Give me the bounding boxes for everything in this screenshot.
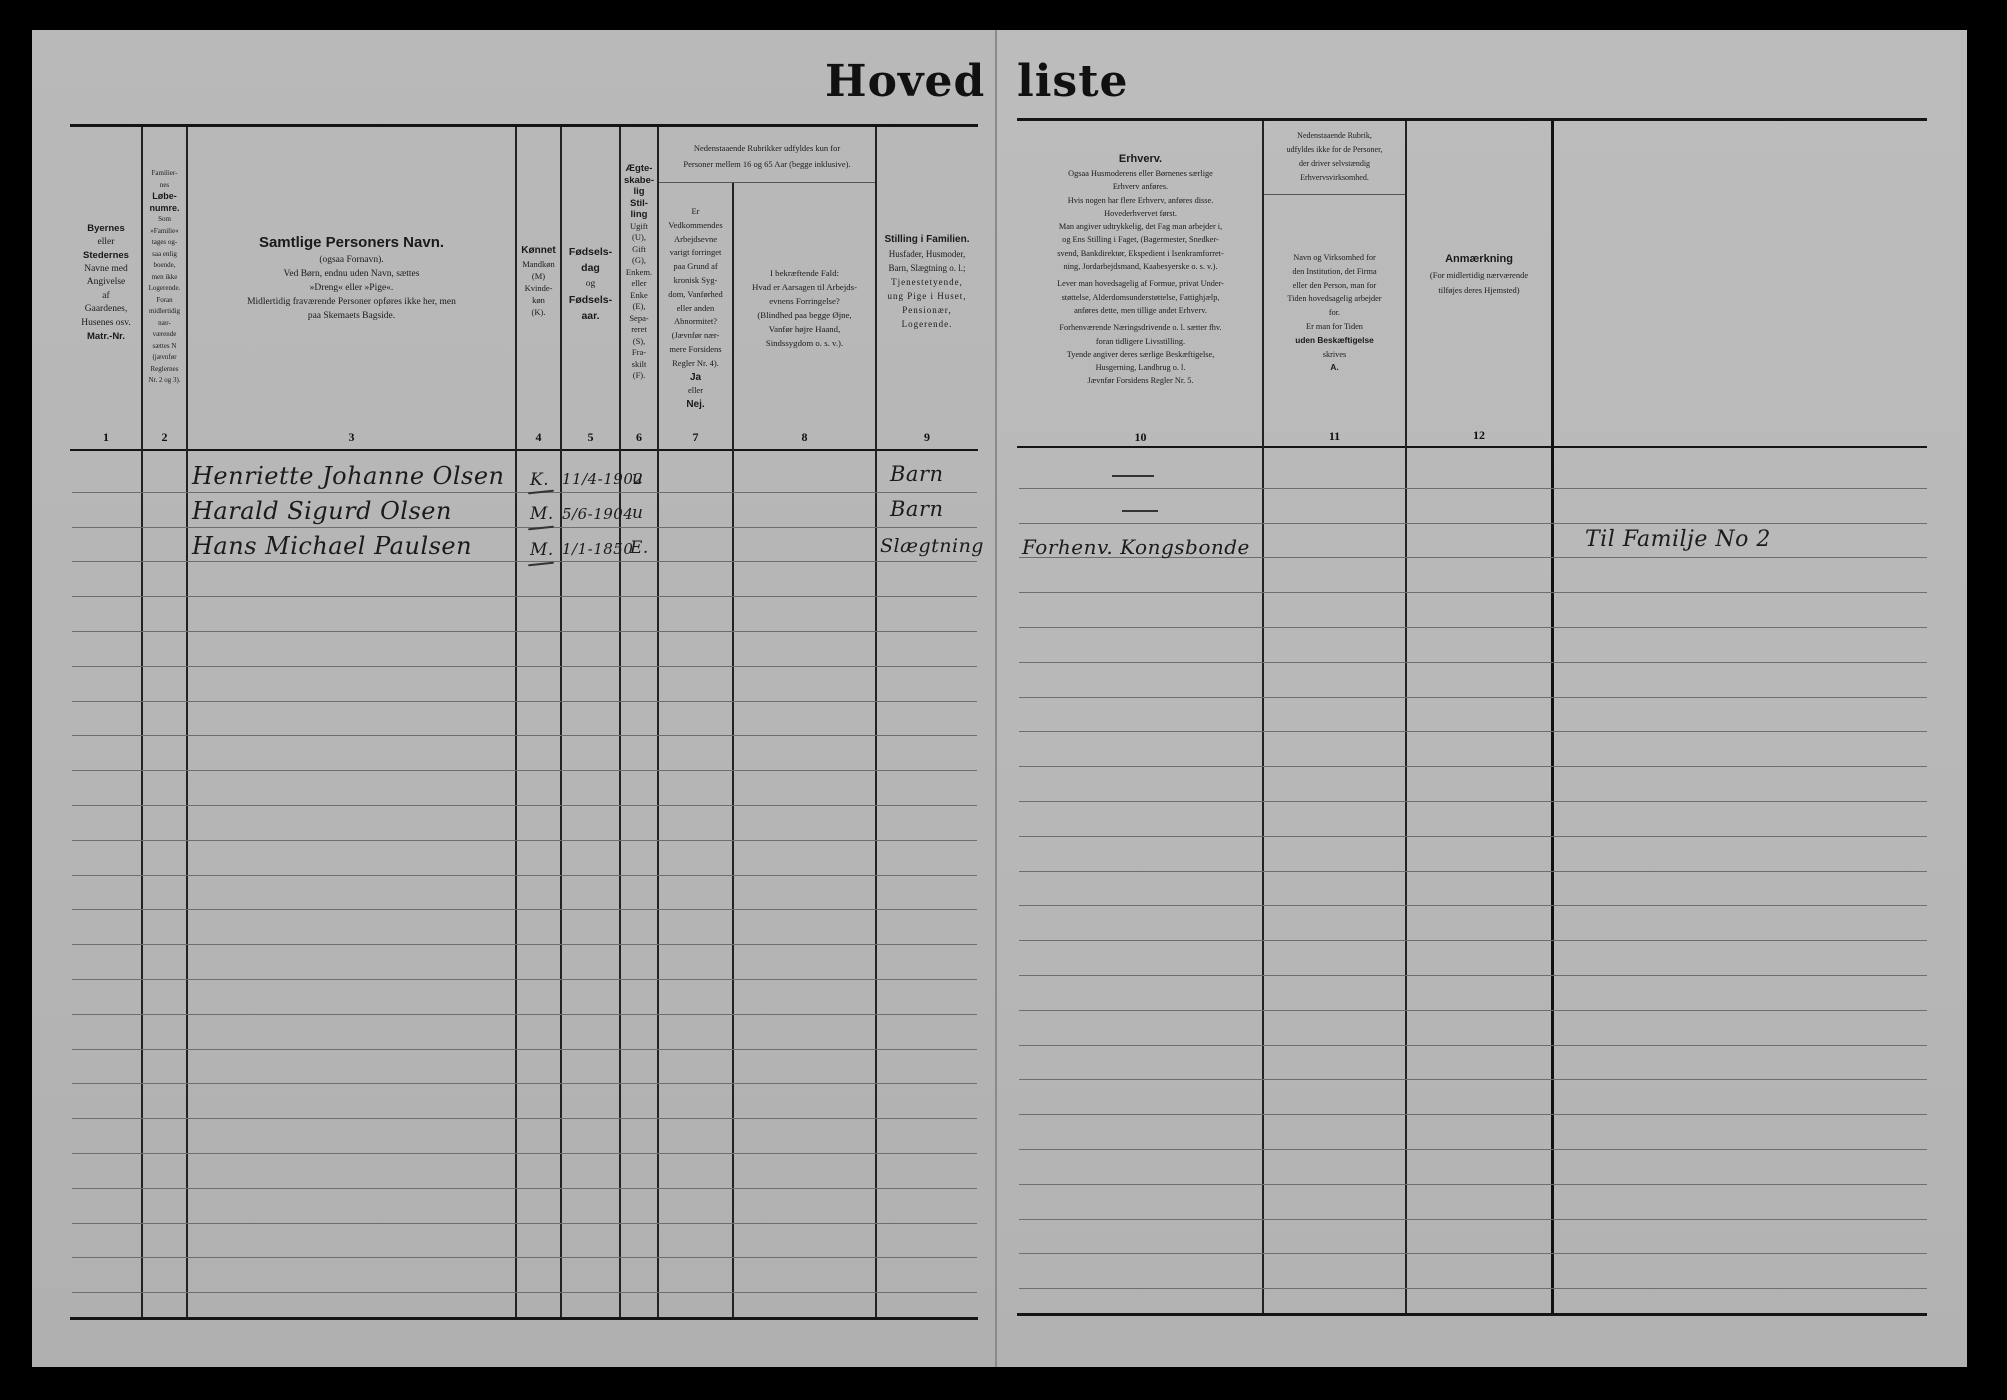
col5-number: 5 bbox=[562, 430, 619, 445]
row-rule bbox=[72, 979, 977, 980]
col-divider-11-12 bbox=[1405, 121, 1407, 1313]
col-divider-7-8 bbox=[732, 183, 734, 1317]
col8-header: I bekræftende Fald: Hvad er Aarsagen til… bbox=[734, 266, 875, 350]
col11-top-rule bbox=[1264, 194, 1405, 195]
col9-header: Stilling i Familien. Husfader, Husmoder,… bbox=[877, 232, 977, 331]
header-bottom-rule-right bbox=[1017, 446, 1927, 448]
row-rule bbox=[1019, 975, 1927, 976]
row2-family-position: Barn bbox=[890, 497, 944, 521]
col3-header: Samtlige Personers Navn. (ogsaa Fornavn)… bbox=[188, 233, 515, 323]
row-rule bbox=[72, 909, 977, 910]
row1-family-position: Barn bbox=[890, 462, 944, 486]
row-rule bbox=[1019, 940, 1927, 941]
col12-number: 12 bbox=[1407, 428, 1551, 443]
row-rule bbox=[1019, 1253, 1927, 1254]
row-rule bbox=[1019, 697, 1927, 698]
row-rule bbox=[72, 1188, 977, 1189]
col7-number: 7 bbox=[659, 430, 732, 445]
col12-header: Anmærkning (For midlertidig nærværende t… bbox=[1407, 250, 1551, 298]
row-rule bbox=[72, 840, 977, 841]
row1-name: Henriette Johanne Olsen bbox=[192, 462, 504, 490]
row-rule bbox=[72, 492, 977, 493]
col-divider-12-extra bbox=[1551, 121, 1554, 1313]
header-top-rule-left bbox=[70, 124, 978, 127]
col3-number: 3 bbox=[188, 430, 515, 445]
row-rule bbox=[1019, 662, 1927, 663]
row-rule bbox=[1019, 1045, 1927, 1046]
row-rule bbox=[72, 1257, 977, 1258]
row3-family-position: Slægtning bbox=[880, 535, 984, 557]
col4-header: Kønnet Mandkøn (M) Kvinde- køn (K). bbox=[517, 243, 560, 318]
row-rule bbox=[1019, 731, 1927, 732]
col1-number: 1 bbox=[72, 430, 140, 445]
col8-number: 8 bbox=[734, 430, 875, 445]
span-header-7-8-rule bbox=[659, 182, 875, 183]
col11-top-header: Nedenstaaende Rubrik, udfyldes ikke for … bbox=[1264, 129, 1405, 185]
row-rule bbox=[72, 1049, 977, 1050]
row-rule bbox=[72, 944, 977, 945]
col9-number: 9 bbox=[877, 430, 977, 445]
col6-number: 6 bbox=[621, 430, 657, 445]
row-rule bbox=[1019, 766, 1927, 767]
row-rule bbox=[72, 805, 977, 806]
row-rule bbox=[1019, 1114, 1927, 1115]
page-fold bbox=[995, 30, 997, 1367]
col7-header: Er Vedkommendes Arbejdsevne varigt forri… bbox=[659, 205, 732, 412]
row-rule bbox=[72, 631, 977, 632]
row2-name: Harald Sigurd Olsen bbox=[192, 497, 452, 525]
col4-number: 4 bbox=[517, 430, 560, 445]
row-rule bbox=[1019, 523, 1927, 524]
row-rule bbox=[72, 701, 977, 702]
col7-8-span-header: Nedenstaaende Rubrikker udfyldes kun for… bbox=[659, 140, 875, 172]
row-rule bbox=[1019, 905, 1927, 906]
row-rule bbox=[72, 527, 977, 528]
row-rule bbox=[72, 1292, 977, 1293]
row3-birth: 1/1-1850 bbox=[562, 540, 633, 558]
row2-occupation-dash bbox=[1122, 510, 1158, 512]
row-rule bbox=[1019, 1079, 1927, 1080]
col10-number: 10 bbox=[1019, 430, 1262, 445]
row-rule bbox=[72, 1014, 977, 1015]
col11-header: Navn og Virksomhed for den Institution, … bbox=[1264, 251, 1405, 375]
col6-header: Ægte- skabe- lig Stil- ling Ugift (U), G… bbox=[621, 163, 657, 382]
row3-name: Hans Michael Paulsen bbox=[192, 532, 472, 560]
row-rule bbox=[1019, 801, 1927, 802]
row-rule bbox=[72, 666, 977, 667]
bottom-rule-left bbox=[70, 1317, 978, 1320]
col10-header: Erhverv. Ogsaa Husmoderens eller Børnene… bbox=[1019, 152, 1262, 388]
row1-marital: u bbox=[632, 468, 643, 488]
row-rule bbox=[1019, 488, 1927, 489]
col5-header: Fødsels- dag og Fødsels- aar. bbox=[562, 244, 619, 324]
row3-occupation: Forhenv. Kongsbonde bbox=[1022, 535, 1250, 559]
row-rule bbox=[72, 1223, 977, 1224]
col1-header: Byernes eller Stedernes Navne med Angive… bbox=[72, 222, 140, 344]
row-rule bbox=[72, 596, 977, 597]
row-rule bbox=[1019, 592, 1927, 593]
row-rule bbox=[72, 875, 977, 876]
row-rule bbox=[1019, 1219, 1927, 1220]
row-rule bbox=[1019, 871, 1927, 872]
col2-number: 2 bbox=[143, 430, 186, 445]
row-rule bbox=[72, 561, 977, 562]
col11-number: 11 bbox=[1264, 429, 1405, 444]
row-rule bbox=[1019, 1184, 1927, 1185]
row-rule bbox=[1019, 1010, 1927, 1011]
row2-marital: u bbox=[632, 503, 643, 523]
row-rule bbox=[1019, 1149, 1927, 1150]
row1-sex: K. bbox=[530, 470, 549, 490]
row-rule bbox=[1019, 836, 1927, 837]
row-rule bbox=[1019, 627, 1927, 628]
row-rule bbox=[72, 1153, 977, 1154]
title-left: Hoved bbox=[825, 56, 985, 107]
row-rule bbox=[72, 770, 977, 771]
row2-sex: M. bbox=[530, 504, 554, 524]
col2-header: Familier- nes Løbe- numre. Som »Familie«… bbox=[143, 168, 186, 387]
row3-sex: M. bbox=[530, 540, 554, 560]
row-rule bbox=[72, 1083, 977, 1084]
header-top-rule-right bbox=[1017, 118, 1927, 121]
bottom-rule-right bbox=[1017, 1313, 1927, 1316]
row3-marital: E. bbox=[630, 538, 649, 558]
title-right: liste bbox=[1017, 56, 1129, 107]
row-rule bbox=[72, 735, 977, 736]
row3-note: Til Familje No 2 bbox=[1585, 527, 1771, 552]
row2-birth: 5/6-1904 bbox=[562, 505, 633, 523]
row-rule bbox=[1019, 1288, 1927, 1289]
row-rule bbox=[72, 1118, 977, 1119]
row1-occupation-dash bbox=[1112, 475, 1154, 477]
header-bottom-rule-left bbox=[70, 449, 978, 451]
